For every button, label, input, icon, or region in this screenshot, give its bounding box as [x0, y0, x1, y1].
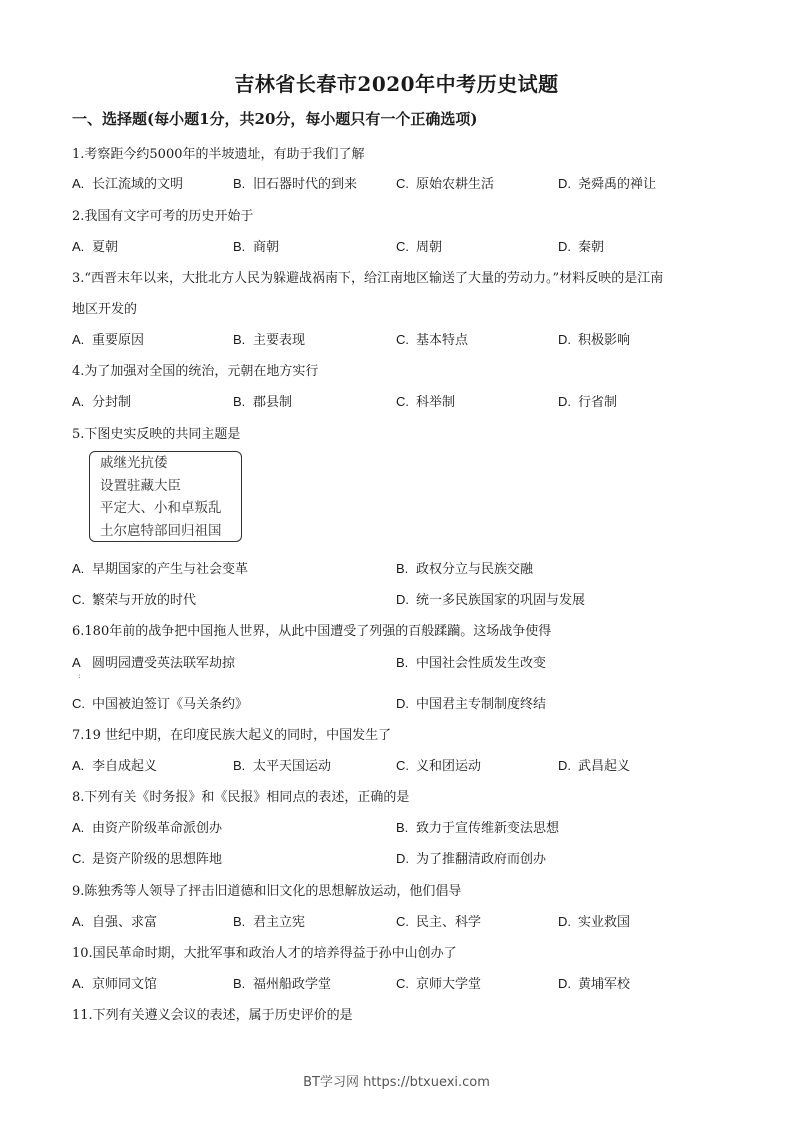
option-text: 京师大学堂 — [416, 977, 481, 992]
option-text: 郡县制 — [253, 395, 292, 410]
question-6-option-b: B.中国社会性质发生改变 — [396, 652, 546, 671]
question-10-option-d: D.黄埔军校 — [558, 973, 630, 992]
option-text: 实业救国 — [578, 915, 630, 930]
option-label: C. — [72, 696, 92, 711]
question-1-option-b: B.旧石器时代的到来 — [233, 173, 357, 192]
question-7-option-b: B.太平天国运动 — [233, 755, 331, 774]
question-6-option-a: A圆明园遭受英法联军劫掠 — [72, 652, 235, 671]
question-7-option-d: D.武昌起义 — [558, 755, 630, 774]
figure-line: 平定大、小和卓叛乱 — [100, 497, 241, 520]
option-label: B. — [233, 758, 253, 773]
option-text: 基本特点 — [416, 333, 468, 348]
option-text: 积极影响 — [578, 333, 630, 348]
option-text: 太平天国运动 — [253, 759, 331, 774]
question-4-option-d: D.行省制 — [558, 391, 617, 410]
option-label: A. — [72, 176, 92, 191]
option-label: C. — [72, 592, 92, 607]
option-label: C. — [396, 332, 416, 347]
option-text: 京师同文馆 — [92, 977, 157, 992]
question-8-option-c: C.是资产阶级的思想阵地 — [72, 848, 222, 867]
option-text: 是资产阶级的思想阵地 — [92, 852, 222, 867]
option-text: 圆明园遭受英法联军劫掠 — [92, 656, 235, 671]
question-3-option-b: B.主要表现 — [233, 329, 305, 348]
option-label: D. — [558, 332, 578, 347]
question-9-option-d: D.实业救国 — [558, 911, 630, 930]
section-heading: 一、选择题(每小题1分，共20分，每小题只有一个正确选项) — [72, 108, 478, 129]
option-label: D. — [558, 758, 578, 773]
question-8-option-b: B.致力于宣传维新变法思想 — [396, 817, 559, 836]
option-label: C. — [396, 758, 416, 773]
option-label: D. — [558, 976, 578, 991]
option-text: 长江流域的文明 — [92, 177, 183, 192]
exam-title: 吉林省长春市2020年中考历史试题 — [0, 68, 793, 97]
question-3-option-a: A.重要原因 — [72, 329, 144, 348]
question-1-stem: 1.考察距今约5000年的半坡遗址，有助于我们了解 — [72, 143, 365, 162]
option-text: 福州船政学堂 — [253, 977, 331, 992]
question-3-stem-line2: 地区开发的 — [72, 298, 137, 317]
question-9-option-c: C.民主、科学 — [396, 911, 481, 930]
question-10-option-c: C.京师大学堂 — [396, 973, 481, 992]
question-7-option-c: C.义和团运动 — [396, 755, 481, 774]
question-2-option-a: A.夏朝 — [72, 236, 118, 255]
option-text: 周朝 — [416, 240, 442, 255]
question-11-stem: 11.下列有关遵义会议的表述，属于历史评价的是 — [72, 1004, 353, 1023]
question-1-option-a: A.长江流域的文明 — [72, 173, 183, 192]
option-text: 重要原因 — [92, 333, 144, 348]
option-label: B. — [233, 239, 253, 254]
question-9-option-b: B.君主立宪 — [233, 911, 305, 930]
option-label: A. — [72, 914, 92, 929]
option-label: C. — [396, 914, 416, 929]
question-6-option-c: C.中国被迫签订《马关条约》 — [72, 693, 248, 712]
option-text: 繁荣与开放的时代 — [92, 593, 196, 608]
option-text: 夏朝 — [92, 240, 118, 255]
option-label: A — [72, 655, 92, 670]
option-label: A. — [72, 758, 92, 773]
question-10-stem: 10.国民革命时期，大批军事和政治人才的培养得益于孙中山创办了 — [72, 942, 457, 961]
option-text: 原始农耕生活 — [416, 177, 494, 192]
option-label: D. — [558, 239, 578, 254]
question-5-figure-box: 戚继光抗倭 设置驻藏大臣 平定大、小和卓叛乱 土尔扈特部回归祖国 — [89, 451, 242, 542]
option-text: 中国君主专制制度终结 — [416, 697, 546, 712]
option-text: 致力于宣传维新变法思想 — [416, 821, 559, 836]
question-3-option-c: C.基本特点 — [396, 329, 468, 348]
question-1-option-d: D.尧舜禹的禅让 — [558, 173, 656, 192]
option-label: B. — [233, 394, 253, 409]
option-label: A. — [72, 820, 92, 835]
option-label: B. — [233, 176, 253, 191]
option-label: C. — [396, 239, 416, 254]
option-label: A. — [72, 239, 92, 254]
question-5-option-a: A.早期国家的产生与社会变革 — [72, 558, 248, 577]
question-6-stem: 6.180年前的战争把中国拖人世界，从此中国遭受了列强的百般蹂躏。这场战争使得 — [72, 620, 551, 639]
option-text: 李自成起义 — [92, 759, 157, 774]
option-text: 君主立宪 — [253, 915, 305, 930]
option-label: B. — [396, 655, 416, 670]
option-text: 武昌起义 — [578, 759, 630, 774]
option-text: 中国社会性质发生改变 — [416, 656, 546, 671]
question-7-option-a: A.李自成起义 — [72, 755, 157, 774]
question-1-option-c: C.原始农耕生活 — [396, 173, 494, 192]
option-label: A. — [72, 976, 92, 991]
option-text: 中国被迫签订《马关条约》 — [92, 697, 248, 712]
option-text: 统一多民族国家的巩固与发展 — [416, 593, 585, 608]
question-4-stem: 4.为了加强对全国的统治，元朝在地方实行 — [72, 360, 318, 379]
option-label: D. — [396, 592, 416, 607]
question-2-option-b: B.商朝 — [233, 236, 279, 255]
question-6-option-d: D.中国君主专制制度终结 — [396, 693, 546, 712]
option-label: A. — [72, 332, 92, 347]
option-label: B. — [233, 332, 253, 347]
option-text: 主要表现 — [253, 333, 305, 348]
question-2-stem: 2.我国有文字可考的历史开始于 — [72, 205, 253, 224]
option-text: 自强、求富 — [92, 915, 157, 930]
question-7-stem: 7.19 世纪中期，在印度民族大起义的同时，中国发生了 — [72, 724, 391, 743]
question-3-stem-line1: 3.“西晋末年以来，大批北方人民为躲避战祸南下，给江南地区输送了大量的劳动力。”… — [72, 267, 663, 286]
figure-line: 设置驻藏大臣 — [100, 475, 241, 498]
figure-line: 土尔扈特部回归祖国 — [100, 520, 241, 543]
option-label: D. — [558, 176, 578, 191]
question-8-stem: 8.下列有关《时务报》和《民报》相同点的表述，正确的是 — [72, 786, 409, 805]
question-5-option-b: B.政权分立与民族交融 — [396, 558, 533, 577]
question-4-option-b: B.郡县制 — [233, 391, 292, 410]
option-text: 政权分立与民族交融 — [416, 562, 533, 577]
option-text: 尧舜禹的禅让 — [578, 177, 656, 192]
footer-watermark: BT学习网 https://btxuexi.com — [0, 1071, 793, 1090]
option-text: 由资产阶级革命派创办 — [92, 821, 222, 836]
option-label: C. — [72, 851, 92, 866]
option-label: B. — [233, 976, 253, 991]
question-4-option-a: A.分封制 — [72, 391, 131, 410]
question-5-option-c: C.繁荣与开放的时代 — [72, 589, 196, 608]
figure-line: 戚继光抗倭 — [100, 452, 241, 475]
question-3-option-d: D.积极影响 — [558, 329, 630, 348]
option-text: 分封制 — [92, 395, 131, 410]
option-label: D. — [558, 394, 578, 409]
option-text: 行省制 — [578, 395, 617, 410]
question-8-option-d: D.为了推翻清政府而创办 — [396, 848, 546, 867]
option-label: B. — [233, 914, 253, 929]
option-label: A. — [72, 394, 92, 409]
option-label: B. — [396, 820, 416, 835]
option-label: D. — [396, 696, 416, 711]
option-label: C. — [396, 176, 416, 191]
option-text: 商朝 — [253, 240, 279, 255]
question-10-option-a: A.京师同文馆 — [72, 973, 157, 992]
option-label: B. — [396, 561, 416, 576]
question-2-option-d: D.秦朝 — [558, 236, 604, 255]
option-text: 秦朝 — [578, 240, 604, 255]
question-10-option-b: B.福州船政学堂 — [233, 973, 331, 992]
option-text: 黄埔军校 — [578, 977, 630, 992]
option-label: D. — [396, 851, 416, 866]
question-5-option-d: D.统一多民族国家的巩固与发展 — [396, 589, 585, 608]
option-text: 义和团运动 — [416, 759, 481, 774]
question-5-stem: 5.下图史实反映的共同主题是 — [72, 423, 240, 442]
option-label: A. — [72, 561, 92, 576]
option-label: C. — [396, 976, 416, 991]
question-8-option-a: A.由资产阶级革命派创办 — [72, 817, 222, 836]
option-text: 民主、科学 — [416, 915, 481, 930]
option-text: 早期国家的产生与社会变革 — [92, 562, 248, 577]
option-text: 科举制 — [416, 395, 455, 410]
option-label: D. — [558, 914, 578, 929]
option-text: 旧石器时代的到来 — [253, 177, 357, 192]
option-label: C. — [396, 394, 416, 409]
question-9-option-a: A.自强、求富 — [72, 911, 157, 930]
option-text: 为了推翻清政府而创办 — [416, 852, 546, 867]
question-2-option-c: C.周朝 — [396, 236, 442, 255]
question-4-option-c: C.科举制 — [396, 391, 455, 410]
stray-mark: : — [78, 671, 81, 680]
question-9-stem: 9.陈独秀等人领导了抨击旧道德和旧文化的思想解放运动，他们倡导 — [72, 880, 461, 899]
